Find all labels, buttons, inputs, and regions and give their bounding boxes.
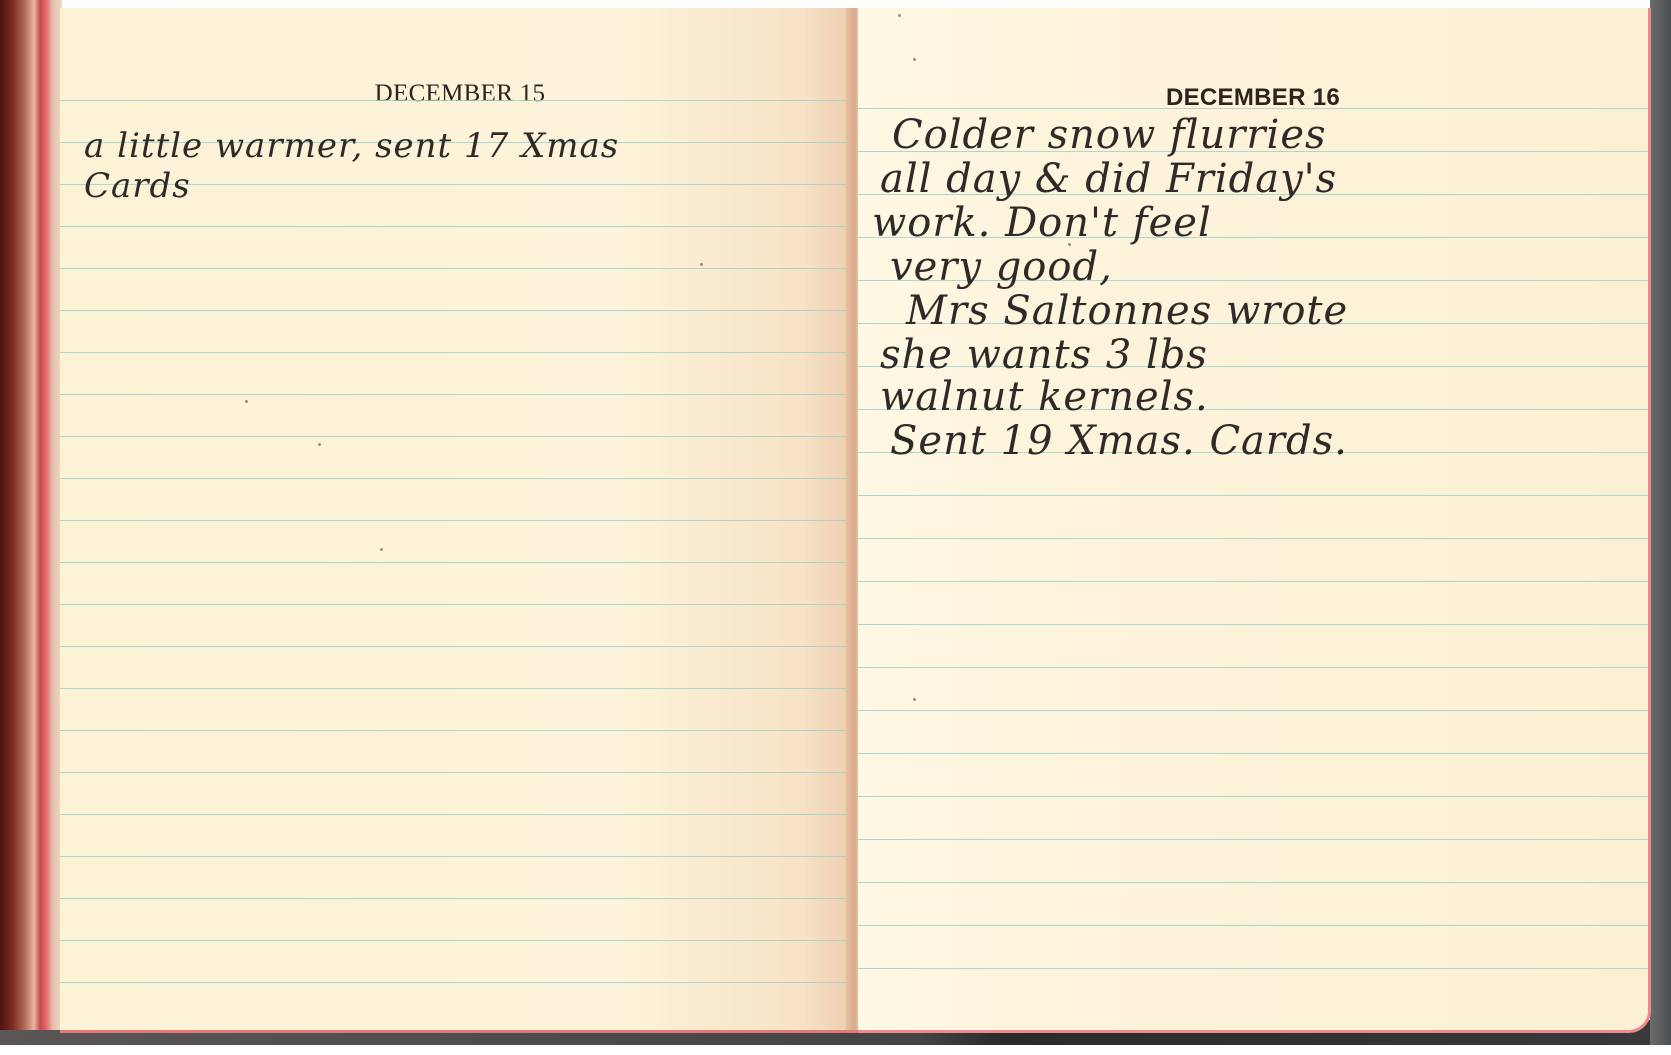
entry-line: a little warmer, sent 17 Xmas xyxy=(84,126,619,166)
scan-right-shadow xyxy=(1650,0,1671,1045)
entry-line: she wants 3 lbs xyxy=(880,332,1208,378)
entry-line: Colder snow flurries xyxy=(892,112,1327,158)
entry-line: walnut kernels. xyxy=(880,374,1209,420)
book-cover-edge xyxy=(0,0,62,1030)
left-page: DECEMBER 15 a little warmer, sent 17 Xma… xyxy=(60,8,860,1033)
entry-line: Mrs Saltonnes wrote xyxy=(906,288,1348,334)
entry-line: very good, xyxy=(890,244,1113,290)
entry-line: Cards xyxy=(84,166,191,206)
diary-scan: DECEMBER 15 a little warmer, sent 17 Xma… xyxy=(0,0,1671,1055)
left-page-entry: a little warmer, sent 17 Xmas Cards xyxy=(84,8,854,308)
right-page: DECEMBER 16 Colder snow flurries all day… xyxy=(858,8,1651,1033)
entry-line: all day & did Friday's xyxy=(880,156,1337,202)
entry-line: work. Don't feel xyxy=(872,200,1212,246)
entry-line: Sent 19 Xmas. Cards. xyxy=(890,418,1348,464)
right-page-entry: Colder snow flurries all day & did Frida… xyxy=(880,8,1640,488)
